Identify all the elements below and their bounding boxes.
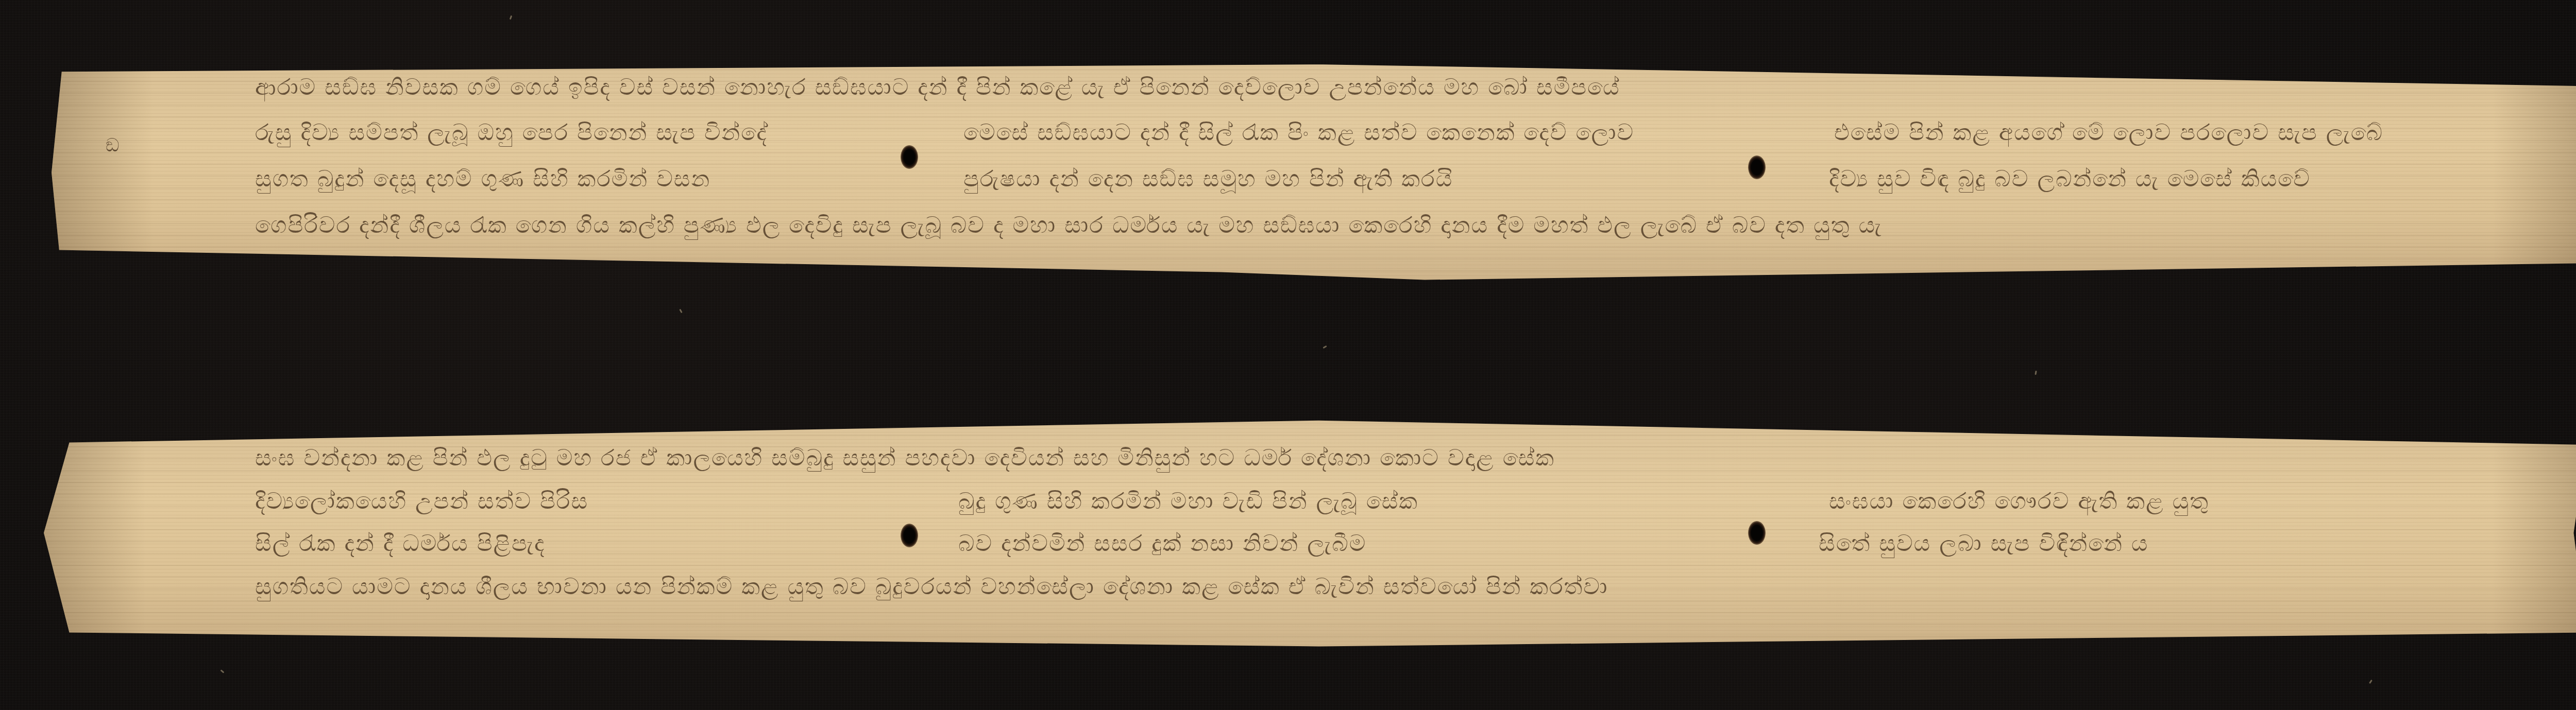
- string-hole-right: [1748, 521, 1766, 545]
- manuscript-line-2-segment-c: එසේම පින් කළ අයගේ මේ ලොව පරලොව සැප ලැබේ: [1834, 117, 2403, 148]
- manuscript-line-3-segment-c: දිව්‍ය සුව විඳ බුදු බව ලබන්නේ යැ මෙසේ කි…: [1829, 164, 2403, 195]
- manuscript-line-4: සුගතියට යාමට දානය ශීලය භාවනා යන පින්කම් …: [255, 572, 2375, 602]
- folio-number-mark: ඞ: [106, 135, 120, 157]
- manuscript-line-1: සංඝ වන්දනා කළ පින් ඵල දුටු මහ රජ ඒ කාලයෙ…: [255, 443, 2391, 474]
- manuscript-line-3-segment-a: සිල් රැක දන් දී ධර්මය පිළිපැද: [255, 528, 845, 559]
- manuscript-line-1: ආරාම සඞ්ඝ නිවසක ගම් ගෙය් ඉපිද වස් වසන් න…: [255, 72, 2403, 103]
- manuscript-line-2-segment-a: දිව්‍යලෝකයෙහි උපන් සත්ව පිරිස: [255, 486, 835, 517]
- string-hole-left: [901, 145, 918, 169]
- manuscript-line-2-segment-a: රුසු දිව්‍ය සම්පත් ලැබූ ඔහු පෙර පිනෙන් ස…: [255, 117, 827, 148]
- manuscript-line-3-segment-c: සිතේ සුවය ලබා සැප විඳින්නේ ය: [1819, 528, 2380, 559]
- string-hole-right: [1748, 155, 1766, 179]
- manuscript-line-2-segment-b: බුදු ගුණ සිහි කරමින් මහා වැඩි පින් ලැබූ …: [958, 486, 1674, 517]
- manuscript-line-3-segment-b: බව දන්වමින් සසර දුක් නසා නිවන් ලැබීම: [958, 528, 1674, 559]
- manuscript-line-2-segment-c: සංඝයා කෙරෙහි ගෞරව ඇති කළ යුතු: [1829, 486, 2375, 517]
- string-hole-left: [901, 524, 918, 547]
- manuscript-line-4: ගෙපිරිවර දන්දී ශීලය රැක ගෙන ගිය කල්හි පු…: [255, 210, 2403, 241]
- manuscript-line-3-segment-b: පුරුෂයා දන් දෙන සඞ්ඝ සමූහ මහ පින් ඇති කර…: [963, 164, 1705, 195]
- manuscript-line-3-segment-a: සුගත බුදුන් දෙසූ දහම් ගුණ සිහි කරමින් වස…: [255, 164, 827, 195]
- manuscript-line-2-segment-b: මෙසේ සඞ්ඝයාට දන් දී සිල් රැක පිං කළ සත්ව…: [963, 117, 1705, 148]
